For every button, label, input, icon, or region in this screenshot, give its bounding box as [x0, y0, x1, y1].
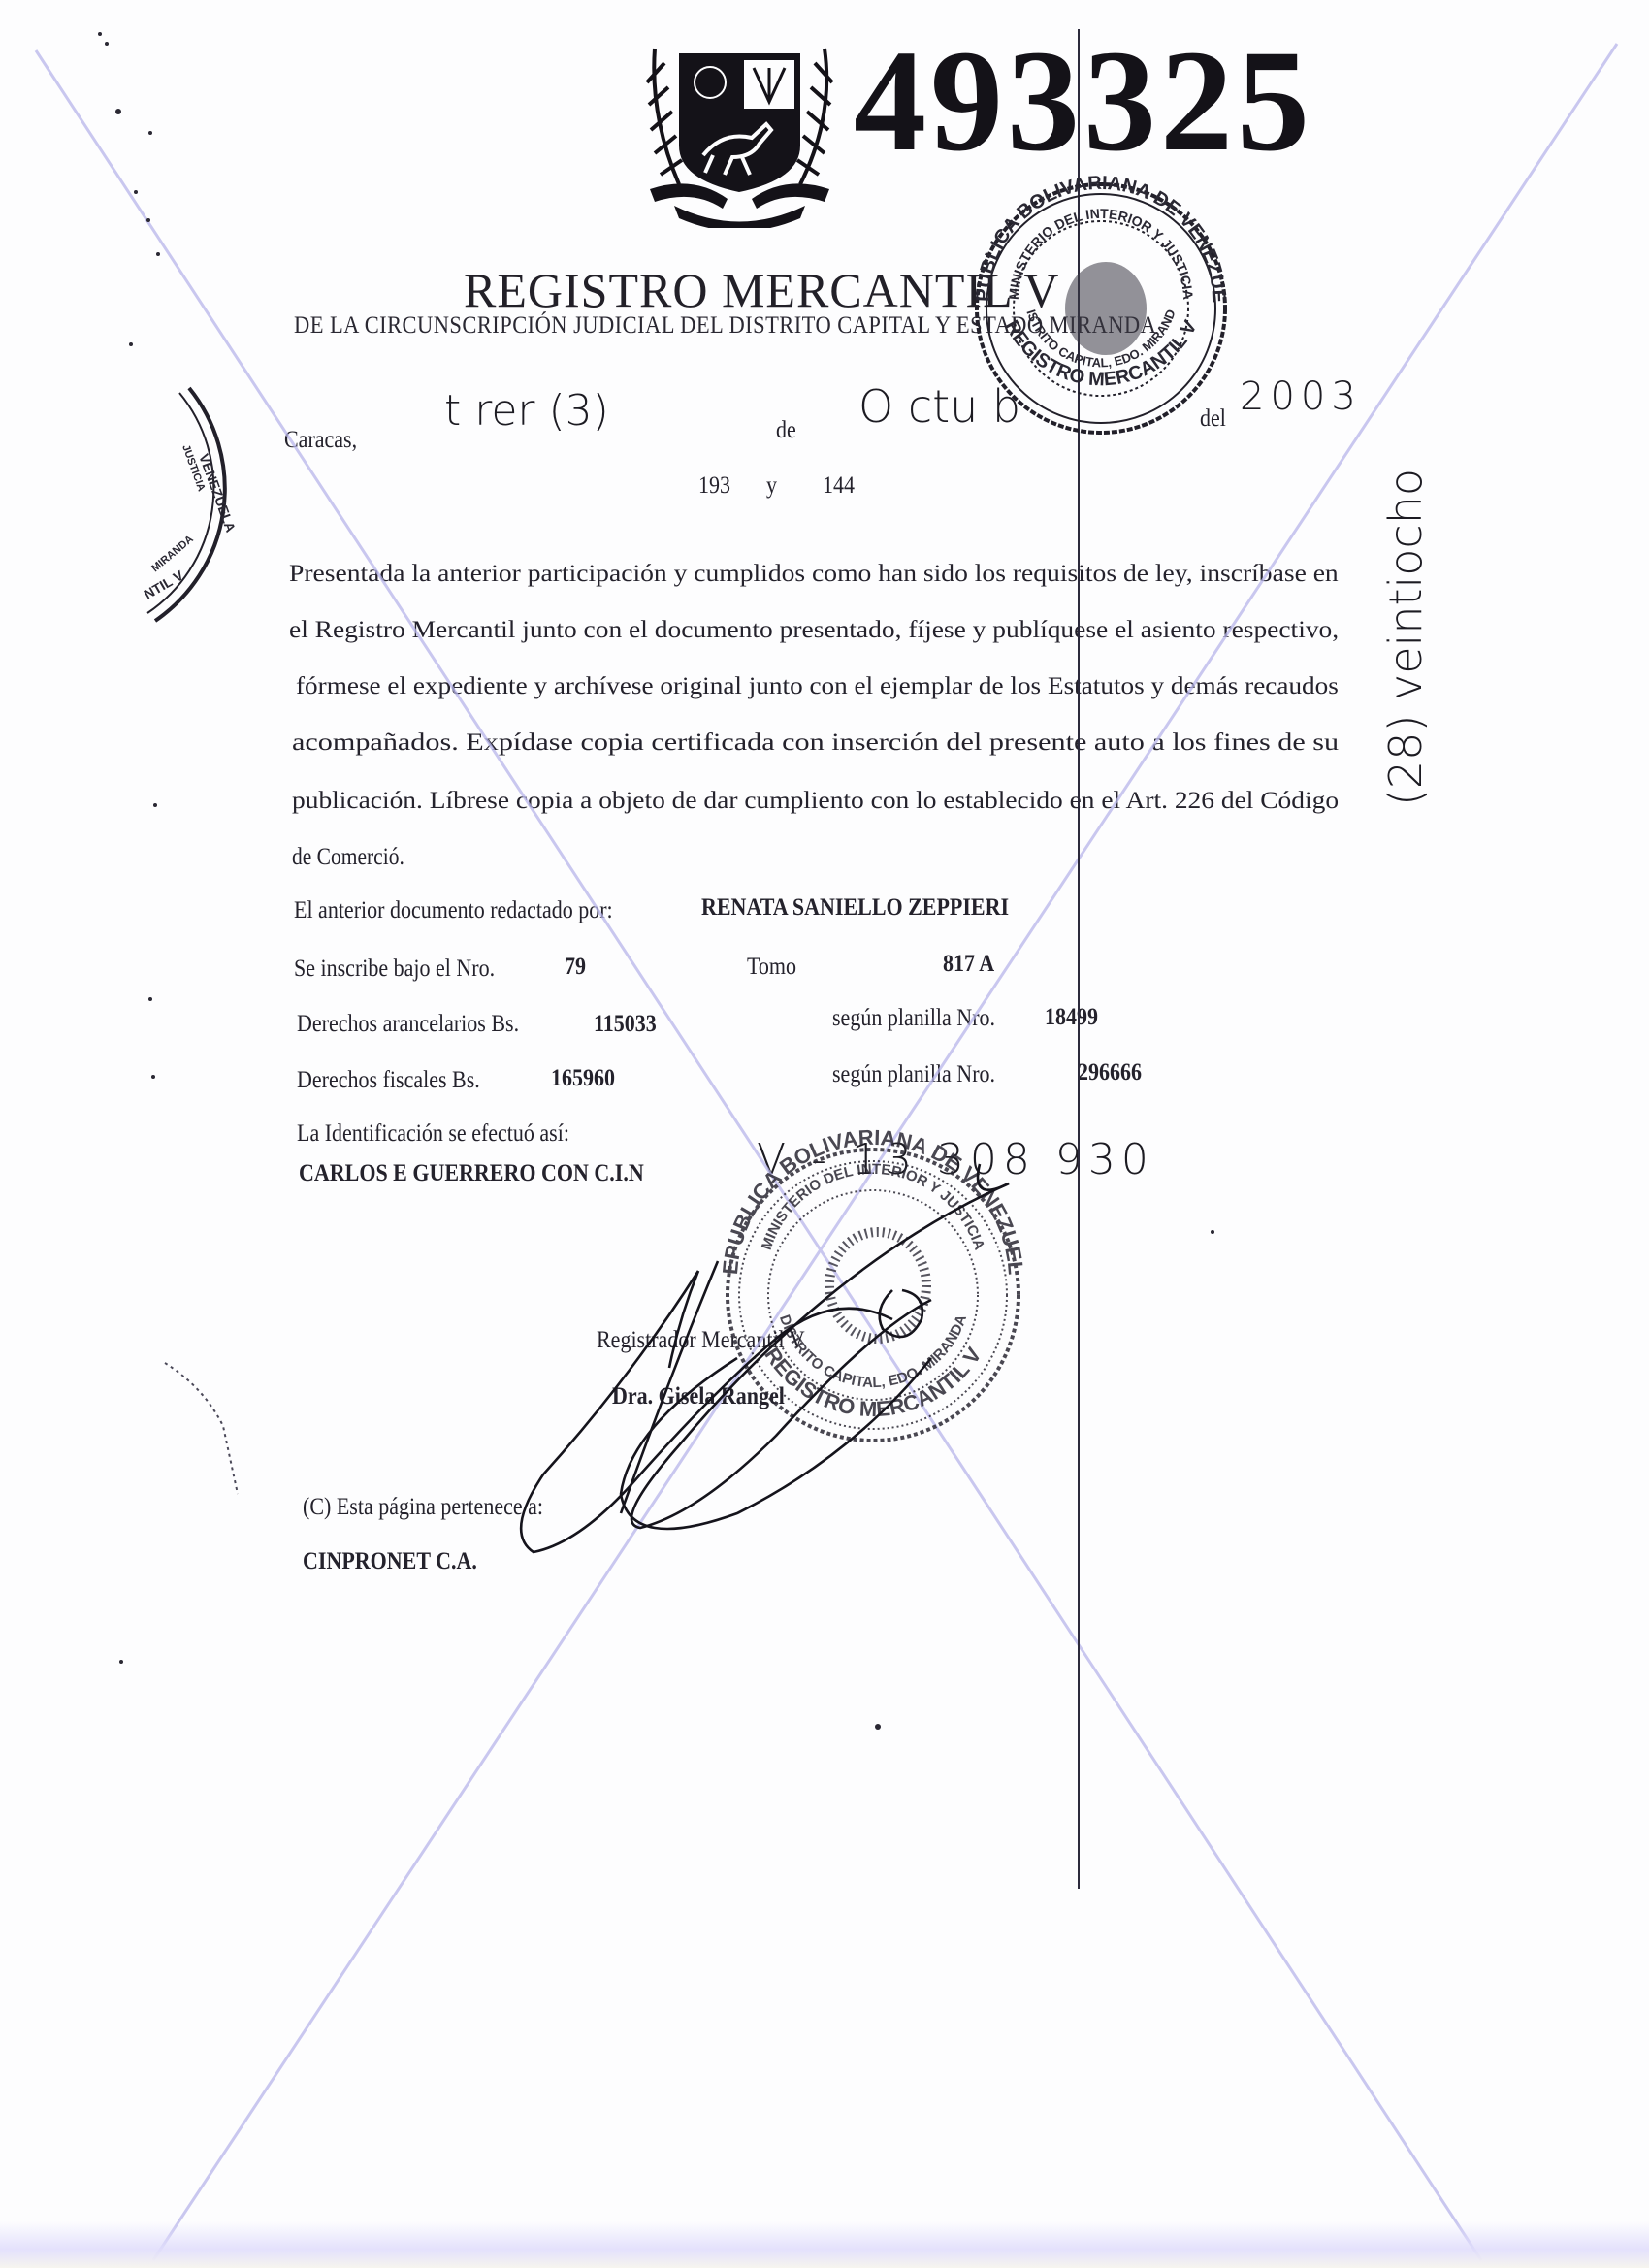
registration-label: Se inscribe bajo el Nro. — [294, 956, 495, 983]
identification-label: La Identificación se efectuó así: — [297, 1120, 569, 1148]
ownership-company: CINPRONET C.A. — [303, 1548, 477, 1575]
tomo-value: 817 A — [943, 951, 994, 978]
arancelarios-planilla-number: 18499 — [1045, 1004, 1098, 1031]
years-second: 144 — [823, 472, 855, 500]
years-first: 193 — [698, 472, 730, 500]
scan-edge — [0, 2221, 1649, 2268]
city-label: Caracas, — [284, 427, 357, 454]
registry-stamp-signature: REPUBLICA BOLIVARIANA DE VENEZUELA MINIS… — [0, 0, 1028, 1441]
svg-text:DISTRITO CAPITAL, EDO. MIRANDA: DISTRITO CAPITAL, EDO. MIRANDA — [776, 1312, 970, 1391]
serial-number: 493325 — [854, 17, 1313, 184]
coat-of-arms-icon — [635, 29, 844, 228]
page-title: REGISTRO MERCANTIL V — [464, 262, 1059, 318]
fiscales-label: Derechos fiscales Bs. — [297, 1067, 480, 1094]
del-label: del — [1200, 405, 1226, 433]
registry-stamp-left-partial: VENEZUELA JUSTICIA MIRANDA NTIL V — [142, 388, 240, 621]
fiscales-planilla-number: 296666 — [1078, 1059, 1142, 1086]
paragraph-line: de Comerció. — [292, 844, 404, 871]
years-conj: y — [766, 472, 777, 500]
handwritten-year: 2003 — [1240, 374, 1362, 419]
paragraph-line: el Registro Mercantil junto con el docum… — [289, 617, 1339, 644]
handwritten-day: t rer (3) — [444, 386, 609, 436]
drafted-by-value: RENATA SANIELLO ZEPPIERI — [701, 894, 1009, 922]
svg-text:MIRANDA: MIRANDA — [149, 534, 196, 575]
ownership-label: (C) Esta página pertenece a: — [303, 1494, 543, 1521]
identification-person: CARLOS E GUERRERO CON C.I.N — [299, 1160, 644, 1187]
drafted-by-label: El anterior documento redactado por: — [294, 897, 613, 924]
svg-text:REGISTRO MERCANTIL V: REGISTRO MERCANTIL V — [760, 1343, 986, 1421]
svg-text:NTIL V: NTIL V — [142, 567, 187, 601]
paragraph-line: publicación. Líbrese copia a objeto de d… — [292, 788, 1339, 815]
signature — [521, 1164, 1009, 1552]
arancelarios-amount: 115033 — [594, 1011, 657, 1038]
fiscales-amount: 165960 — [551, 1065, 615, 1092]
svg-text:VENEZUELA: VENEZUELA — [196, 452, 239, 535]
svg-text:JUSTICIA: JUSTICIA — [179, 443, 207, 493]
page-subtitle: DE LA CIRCUNSCRIPCIÓN JUDICIAL DEL DISTR… — [294, 312, 1156, 340]
arancelarios-label: Derechos arancelarios Bs. — [297, 1011, 519, 1038]
signatory-name: Dra. Gisela Rangel — [612, 1383, 785, 1410]
fiscales-planilla-label: según planilla Nro. — [832, 1061, 995, 1088]
de-label: de — [776, 417, 796, 444]
tomo-label: Tomo — [747, 954, 796, 981]
margin-note-handwritten: (28) veintiocho — [1379, 469, 1432, 806]
paragraph-line: acompañados. Expídase copia certificada … — [292, 729, 1339, 757]
arancelarios-planilla-label: según planilla Nro. — [832, 1005, 995, 1032]
paragraph-line: fórmese el expediente y archívese origin… — [296, 673, 1339, 700]
handwritten-id-number: V - 13 308 930 — [757, 1135, 1154, 1184]
registration-number: 79 — [565, 954, 586, 981]
page-overlay: REPUBLICA BOLIVARIANA DE VENEZUELA MINIS… — [0, 0, 1649, 2268]
handwritten-month: O ctu b — [858, 380, 1020, 433]
signatory-role: Registrador Mercantil V — [597, 1327, 805, 1354]
paragraph-line: Presentada la anterior participación y c… — [289, 561, 1339, 588]
